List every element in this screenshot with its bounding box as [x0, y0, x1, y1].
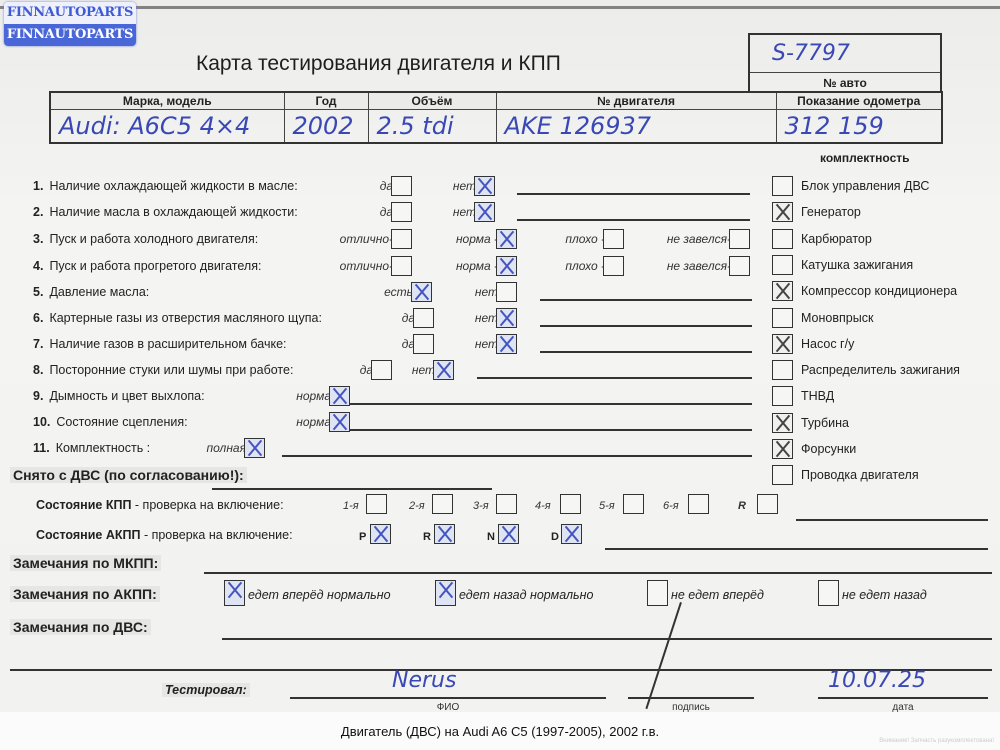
check-row: 6.Картерные газы из отверстия масляного …	[33, 311, 322, 325]
akpp-label-bold: Состояние АКПП	[36, 528, 140, 542]
kpp-gear-checkbox[interactable]	[757, 494, 778, 514]
option-checkbox[interactable]	[413, 334, 434, 354]
option-checkbox[interactable]	[603, 229, 624, 249]
akpp-label: Состояние АКПП - проверка на включение:	[36, 528, 293, 542]
kit-checkbox[interactable]	[772, 308, 793, 328]
option-checkbox[interactable]	[244, 438, 265, 458]
check-label: Картерные газы из отверстия масляного щу…	[49, 311, 321, 325]
check-row: 7.Наличие газов в расширительном бачке:	[33, 337, 287, 351]
kpp-gear-label: 4-я	[535, 500, 551, 512]
option-label: есть	[384, 285, 413, 299]
kit-item-label: Проводка двигателя	[801, 468, 919, 482]
kit-checkbox[interactable]	[772, 334, 793, 354]
kpp-gear-label: 6-я	[663, 500, 679, 512]
option-checkbox[interactable]	[603, 256, 624, 276]
kpp-gear-label: 1-я	[343, 500, 359, 512]
removed-label: Снято с ДВС (по согласованию!):	[10, 467, 247, 483]
option-checkbox[interactable]	[729, 256, 750, 276]
logo-line-1: FINNAUTOPARTS	[4, 2, 136, 24]
kpp-gear-checkbox[interactable]	[560, 494, 581, 514]
finnautoparts-logo: FINNAUTOPARTS FINNAUTOPARTS	[4, 2, 136, 46]
name-line	[290, 697, 606, 699]
odometer-value: 312 159	[776, 109, 942, 143]
kit-title: комплектность	[820, 151, 910, 165]
kit-item-label: Моновпрыск	[801, 311, 873, 325]
paper-edge	[0, 6, 1000, 9]
option-checkbox[interactable]	[371, 360, 392, 380]
kit-item-label: ТНВД	[801, 389, 834, 403]
check-label: Комплектность :	[56, 441, 150, 455]
option-label: нет	[412, 363, 435, 377]
check-label: Пуск и работа прогретого двигателя:	[49, 259, 261, 273]
remarks-dvs-line	[222, 638, 992, 640]
akpp-gear-label: D	[551, 531, 559, 543]
col-year: Год	[284, 92, 368, 109]
check-row: 11.Комплектность :	[33, 441, 150, 455]
remarks-mkpp-line	[204, 572, 992, 574]
check-label: Дымность и цвет выхлопа:	[49, 389, 204, 403]
option-checkbox[interactable]	[391, 202, 412, 222]
option-checkbox[interactable]	[391, 256, 412, 276]
kpp-gear-label: R	[738, 500, 746, 512]
kit-item-label: Турбина	[801, 416, 849, 430]
akpp-remark-label: едет вперёд нормально	[248, 588, 391, 602]
check-row: 9.Дымность и цвет выхлопа:	[33, 389, 205, 403]
check-label: Пуск и работа холодного двигателя:	[49, 232, 258, 246]
check-label: Посторонние стуки или шумы при работе:	[49, 363, 293, 377]
kpp-gear-checkbox[interactable]	[623, 494, 644, 514]
kit-checkbox[interactable]	[772, 439, 793, 459]
col-make-model: Марка, модель	[50, 92, 284, 109]
image-caption: Двигатель (ДВС) на Audi A6 C5 (1997-2005…	[0, 724, 1000, 739]
notes-line	[540, 325, 752, 327]
option-checkbox[interactable]	[433, 360, 454, 380]
notes-line	[282, 455, 752, 457]
check-label: Давление масла:	[49, 285, 149, 299]
kpp-gear-label: 5-я	[599, 500, 615, 512]
option-label: норма	[296, 389, 331, 403]
test-card-document: FINNAUTOPARTS FINNAUTOPARTS Карта тестир…	[0, 0, 1000, 712]
option-checkbox[interactable]	[411, 282, 432, 302]
check-number: 10.	[33, 415, 50, 429]
check-number: 7.	[33, 337, 43, 351]
option-label: нет	[475, 311, 498, 325]
option-checkbox[interactable]	[496, 282, 517, 302]
disassembled-warning: Внимание! Запчасть разукомплектована!	[879, 738, 994, 744]
check-label: Состояние сцепления:	[56, 415, 187, 429]
col-volume: Объём	[368, 92, 496, 109]
option-checkbox[interactable]	[729, 229, 750, 249]
auto-number-box: S-7797 № авто	[748, 33, 942, 93]
vehicle-info-value-row: Audi: A6C5 4×4 2002 2.5 tdi AKE 126937 3…	[50, 109, 942, 143]
akpp-remark-label: не едет назад	[842, 588, 927, 602]
notes-line	[477, 377, 752, 379]
check-number: 1.	[33, 179, 43, 193]
test-date: 10.07.25	[828, 668, 926, 693]
kit-item-label: Генератор	[801, 205, 861, 219]
check-number: 6.	[33, 311, 43, 325]
option-label: плохо -	[565, 232, 605, 246]
notes-line	[517, 219, 750, 221]
engine-number-value: AKE 126937	[496, 109, 776, 143]
kit-item-label: Катушка зажигания	[801, 258, 913, 272]
akpp-remark-checkbox[interactable]	[224, 580, 245, 606]
signature-line	[628, 697, 754, 699]
volume-value: 2.5 tdi	[368, 109, 496, 143]
option-checkbox[interactable]	[329, 412, 350, 432]
option-label: полная	[207, 441, 246, 455]
akpp-remark-checkbox[interactable]	[818, 580, 839, 606]
check-number: 9.	[33, 389, 43, 403]
option-label: норма -	[456, 259, 498, 273]
kit-item-label: Блок управления ДВС	[801, 179, 929, 193]
akpp-label-rest: - проверка на включение:	[140, 528, 292, 542]
kit-checkbox[interactable]	[772, 465, 793, 485]
option-label: нет	[453, 179, 476, 193]
option-checkbox[interactable]	[329, 386, 350, 406]
akpp-gear-checkbox[interactable]	[498, 524, 519, 544]
year-value: 2002	[284, 109, 368, 143]
check-number: 5.	[33, 285, 43, 299]
check-number: 3.	[33, 232, 43, 246]
check-row: 4.Пуск и работа прогретого двигателя:	[33, 259, 261, 273]
kit-checkbox[interactable]	[772, 202, 793, 222]
option-checkbox[interactable]	[496, 308, 517, 328]
kit-checkbox[interactable]	[772, 413, 793, 433]
kit-checkbox[interactable]	[772, 281, 793, 301]
notes-line	[350, 429, 752, 431]
check-row: 3.Пуск и работа холодного двигателя:	[33, 232, 258, 246]
kpp-gear-checkbox[interactable]	[496, 494, 517, 514]
akpp-gear-checkbox[interactable]	[370, 524, 391, 544]
remarks-mkpp-label: Замечания по МКПП:	[10, 555, 161, 571]
option-label: норма -	[456, 232, 498, 246]
check-row: 5.Давление масла:	[33, 285, 149, 299]
notes-line	[540, 299, 752, 301]
check-label: Наличие масла в охлаждающей жидкости:	[49, 205, 297, 219]
check-number: 2.	[33, 205, 43, 219]
signature-stroke	[645, 602, 682, 709]
akpp-gear-label: R	[423, 531, 431, 543]
option-checkbox[interactable]	[413, 308, 434, 328]
kpp-label-bold: Состояние КПП	[36, 498, 131, 512]
auto-number-label: № авто	[750, 73, 940, 93]
col-engine-number: № двигателя	[496, 92, 776, 109]
akpp-remark-checkbox[interactable]	[647, 580, 668, 606]
kit-checkbox[interactable]	[772, 360, 793, 380]
notes-line	[350, 403, 752, 405]
kpp-gear-label: 2-я	[409, 500, 425, 512]
vehicle-info-table: Марка, модель Год Объём № двигателя Пока…	[49, 91, 943, 144]
check-label: Наличие охлаждающей жидкости в масле:	[49, 179, 297, 193]
kit-item-label: Форсунки	[801, 442, 856, 456]
option-label: не завелся-	[667, 232, 731, 246]
check-row: 8.Посторонние стуки или шумы при работе:	[33, 363, 293, 377]
kpp-gear-checkbox[interactable]	[688, 494, 709, 514]
kit-checkbox[interactable]	[772, 255, 793, 275]
notes-line	[540, 351, 752, 353]
make-model-value: Audi: A6C5 4×4	[50, 109, 284, 143]
akpp-gear-checkbox[interactable]	[561, 524, 582, 544]
vehicle-info-header-row: Марка, модель Год Объём № двигателя Пока…	[50, 92, 942, 109]
kit-item-label: Компрессор кондиционера	[801, 284, 957, 298]
option-label: отлично-	[340, 232, 393, 246]
check-number: 11.	[33, 441, 50, 455]
kit-item-label: Распределитель зажигания	[801, 363, 960, 377]
image-caption-bar: Двигатель (ДВС) на Audi A6 C5 (1997-2005…	[0, 712, 1000, 750]
kit-item-label: Насос г/у	[801, 337, 854, 351]
tested-by-label: Тестировал:	[162, 683, 250, 697]
akpp-gear-label: N	[487, 531, 495, 543]
option-checkbox[interactable]	[474, 176, 495, 196]
kpp-gear-checkbox[interactable]	[366, 494, 387, 514]
check-number: 8.	[33, 363, 43, 377]
kpp-label: Состояние КПП - проверка на включение:	[36, 498, 284, 512]
kpp-line	[796, 519, 988, 521]
kit-checkbox[interactable]	[772, 386, 793, 406]
option-label: нет	[475, 285, 498, 299]
check-row: 2.Наличие масла в охлаждающей жидкости:	[33, 205, 298, 219]
check-row: 1.Наличие охлаждающей жидкости в масле:	[33, 179, 298, 193]
akpp-remark-label: едет назад нормально	[459, 588, 593, 602]
option-label: отлично-	[340, 259, 393, 273]
option-checkbox[interactable]	[496, 256, 517, 276]
option-label: плохо -	[565, 259, 605, 273]
kit-checkbox[interactable]	[772, 176, 793, 196]
option-label: не завелся-	[667, 259, 731, 273]
kpp-label-rest: - проверка на включение:	[131, 498, 283, 512]
option-checkbox[interactable]	[391, 229, 412, 249]
akpp-remark-checkbox[interactable]	[435, 580, 456, 606]
date-line	[818, 697, 988, 699]
kit-checkbox[interactable]	[772, 229, 793, 249]
check-number: 4.	[33, 259, 43, 273]
logo-line-2: FINNAUTOPARTS	[4, 24, 136, 46]
option-checkbox[interactable]	[496, 334, 517, 354]
option-label: нет	[475, 337, 498, 351]
kpp-gear-checkbox[interactable]	[432, 494, 453, 514]
document-title: Карта тестирования двигателя и КПП	[196, 52, 561, 76]
option-label: нет	[453, 205, 476, 219]
removed-line	[212, 488, 492, 490]
option-label: норма	[296, 415, 331, 429]
akpp-remark-label: не едет вперёд	[671, 588, 764, 602]
akpp-line	[605, 548, 988, 550]
kit-item-label: Карбюратор	[801, 232, 872, 246]
auto-number-value: S-7797	[750, 35, 940, 73]
akpp-gear-checkbox[interactable]	[434, 524, 455, 544]
check-label: Наличие газов в расширительном бачке:	[49, 337, 286, 351]
option-checkbox[interactable]	[474, 202, 495, 222]
akpp-gear-label: P	[359, 531, 366, 543]
tester-name: Nerus	[392, 668, 456, 693]
remarks-akpp-label: Замечания по АКПП:	[10, 586, 160, 602]
option-checkbox[interactable]	[391, 176, 412, 196]
notes-line	[517, 193, 750, 195]
kpp-gear-label: 3-я	[473, 500, 489, 512]
check-row: 10.Состояние сцепления:	[33, 415, 188, 429]
col-odometer: Показание одометра	[776, 92, 942, 109]
option-checkbox[interactable]	[496, 229, 517, 249]
remarks-dvs-label: Замечания по ДВС:	[10, 619, 151, 635]
